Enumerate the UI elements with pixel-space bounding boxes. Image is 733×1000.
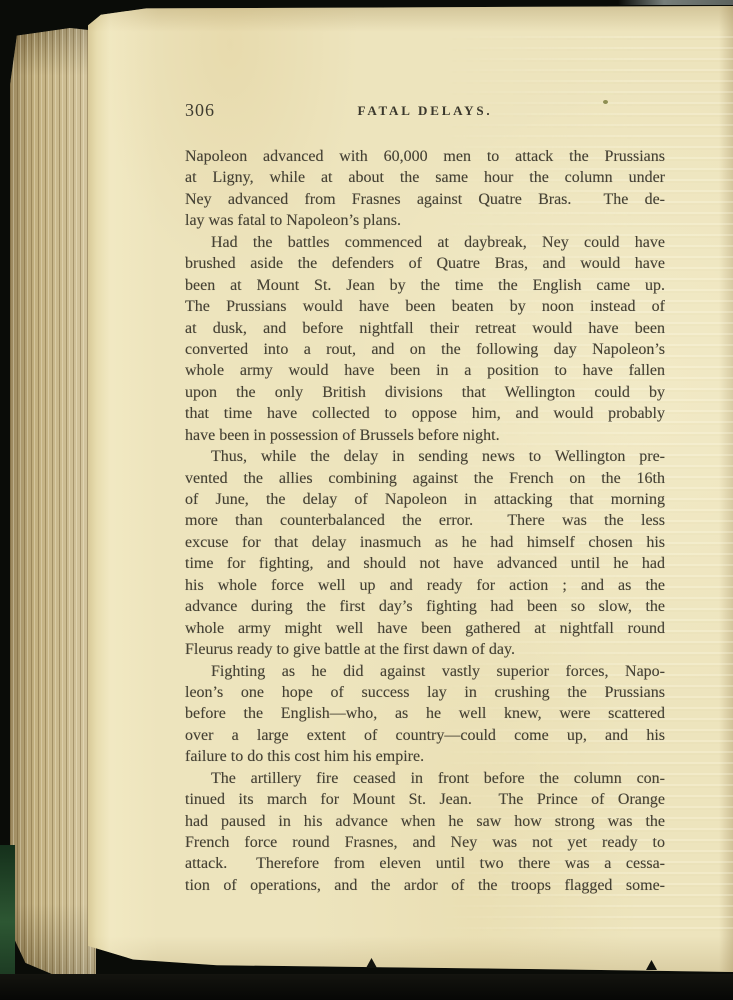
text-line: upon the only British divisions that Wel… bbox=[185, 382, 665, 403]
text-line: Ney advanced from Frasnes against Quatre… bbox=[185, 189, 665, 210]
text-line: more than counterbalanced the error. The… bbox=[185, 510, 665, 531]
page-edges-stack bbox=[10, 28, 96, 980]
text-line: tion of operations, and the ardor of the… bbox=[185, 875, 665, 896]
text-line: before the English—who, as he well knew,… bbox=[185, 703, 665, 724]
text-line: tinued its march for Mount St. Jean. The… bbox=[185, 789, 665, 810]
text-line: whole army would have been in a position… bbox=[185, 360, 665, 381]
text-line: lay was fatal to Napoleon’s plans. bbox=[185, 210, 665, 231]
page-header: 306 FATAL DELAYS. bbox=[185, 100, 665, 124]
text-line: of June, the delay of Napoleon in attack… bbox=[185, 489, 665, 510]
text-line: converted into a rout, and on the follow… bbox=[185, 339, 665, 360]
text-line: Fleurus ready to give battle at the firs… bbox=[185, 639, 665, 660]
text-line: Had the battles commenced at daybreak, N… bbox=[185, 232, 665, 253]
text-line: vented the allies combining against the … bbox=[185, 468, 665, 489]
paragraph: Thus, while the delay in sending news to… bbox=[185, 446, 665, 660]
text-line: his whole force well up and ready for ac… bbox=[185, 575, 665, 596]
text-line: leon’s one hope of success lay in crushi… bbox=[185, 682, 665, 703]
paragraph: Fighting as he did against vastly superi… bbox=[185, 661, 665, 768]
text-line: have been in possession of Brussels befo… bbox=[185, 425, 665, 446]
text-line: over a large extent of country—could com… bbox=[185, 725, 665, 746]
book-cover-edge bbox=[0, 845, 15, 985]
background-object bbox=[618, 0, 733, 5]
text-line: advance during the first day’s fighting … bbox=[185, 596, 665, 617]
text-line: Thus, while the delay in sending news to… bbox=[185, 446, 665, 467]
text-line: brushed aside the defenders of Quatre Br… bbox=[185, 253, 665, 274]
paragraph: Napoleon advanced with 60,000 men to att… bbox=[185, 146, 665, 232]
text-line: excuse for that delay inasmuch as he had… bbox=[185, 532, 665, 553]
background-bottom bbox=[0, 974, 733, 1000]
paragraph: Had the battles commenced at daybreak, N… bbox=[185, 232, 665, 446]
book-page: 306 FATAL DELAYS. Napoleon advanced with… bbox=[88, 6, 733, 972]
text-line: time for fighting, and should not have a… bbox=[185, 553, 665, 574]
running-header: FATAL DELAYS. bbox=[358, 103, 493, 119]
scanned-book-photo: 306 FATAL DELAYS. Napoleon advanced with… bbox=[0, 0, 733, 1000]
text-line: French force round Frasnes, and Ney was … bbox=[185, 832, 665, 853]
text-line: whole army might well have been gathered… bbox=[185, 618, 665, 639]
text-line: Napoleon advanced with 60,000 men to att… bbox=[185, 146, 665, 167]
text-line: Fighting as he did against vastly superi… bbox=[185, 661, 665, 682]
text-line: failure to do this cost him his empire. bbox=[185, 746, 665, 767]
text-line: at dusk, and before nightfall their retr… bbox=[185, 318, 665, 339]
text-line: The Prussians would have been beaten by … bbox=[185, 296, 665, 317]
ink-speck bbox=[603, 100, 608, 104]
text-line: attack. Therefore from eleven until two … bbox=[185, 853, 665, 874]
page-body: Napoleon advanced with 60,000 men to att… bbox=[185, 146, 665, 896]
text-line: at Ligny, while at about the same hour t… bbox=[185, 167, 665, 188]
paragraph: The artillery fire ceased in front befor… bbox=[185, 768, 665, 897]
text-line: been at Mount St. Jean by the time the E… bbox=[185, 275, 665, 296]
text-line: had paused in his advance when he saw ho… bbox=[185, 811, 665, 832]
page-number: 306 bbox=[185, 100, 215, 121]
text-line: The artillery fire ceased in front befor… bbox=[185, 768, 665, 789]
text-line: that time have collected to oppose him, … bbox=[185, 403, 665, 424]
